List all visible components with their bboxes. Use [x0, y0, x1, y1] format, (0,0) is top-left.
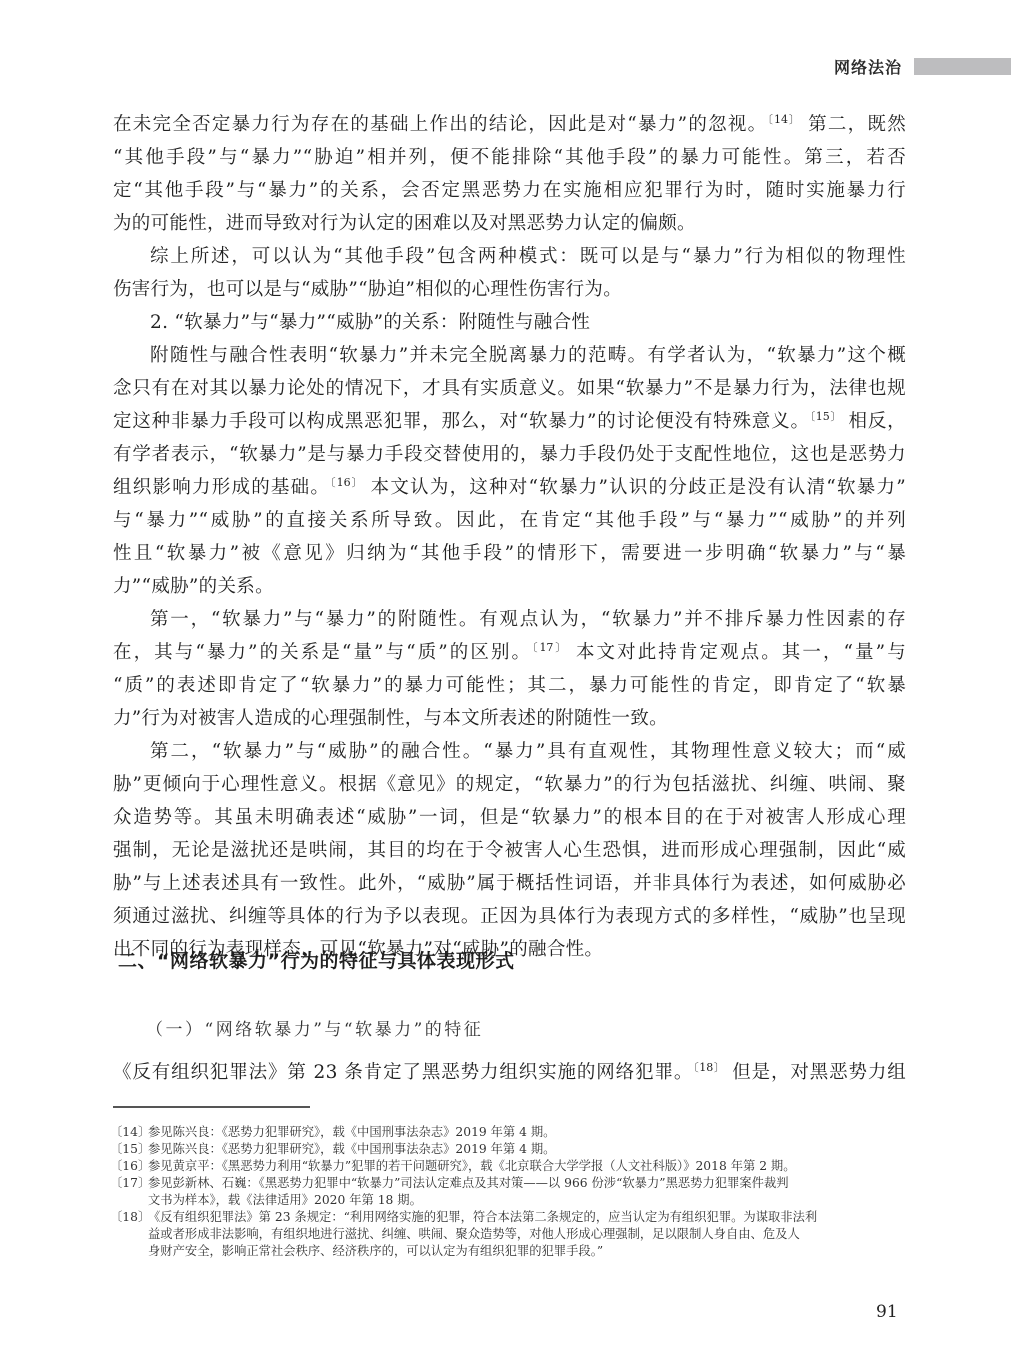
line-text: 在，其与“暴力”的关系是“量”与“质”的区别。 [113, 642, 532, 663]
footnote-ref-14[interactable]: 〔14〕 [767, 113, 800, 126]
footnote-number: 〔15〕 [110, 1141, 148, 1158]
line-text: 在未完全否定暴力行为存在的基础上作出的结论，因此是对“暴力”的忽视。 [113, 114, 767, 135]
line-text: 定这种非暴力手段可以构成黑恶犯罪，那么，对“软暴力”的讨论便没有特殊意义。 [113, 411, 810, 432]
running-header: 网络法治 [0, 54, 1011, 80]
footnote-18: 〔18〕 《反有组织犯罪法》第 23 条规定：“利用网络实施的犯罪，符合本法第二… [110, 1209, 910, 1260]
body-line: 性且“软暴力”被《意见》归纳为“其他手段”的情形下，需要进一步明确“软暴力”与“… [113, 537, 906, 570]
body-line: 在，其与“暴力”的关系是“量”与“质”的区别。〔17〕 本文对此持肯定观点。其一… [113, 636, 906, 669]
footnote-line: 益或者形成非法影响，有组织地进行滋扰、纠缠、哄闹、聚众造势等，对他人形成心理强制… [148, 1226, 910, 1243]
footnote-ref-15[interactable]: 〔15〕 [810, 410, 842, 423]
section-heading: 二、“网络软暴力”行为的特征与具体表现形式 [118, 946, 514, 973]
body-line: 与“暴力”“威胁”的直接关系所导致。因此，在肯定“其他手段”与“暴力”“威胁”的… [113, 504, 906, 537]
footnote-line: 文书为样本》，载《法律适用》2020 年第 18 期。 [148, 1192, 910, 1209]
line-text: 本文认为，这种对“软暴力”认识的分歧正是没有认清“软暴力” [363, 477, 906, 498]
body-line: 伤害行为，也可以是与“威胁”“胁迫”相似的心理性伤害行为。 [113, 273, 906, 306]
footnote-text: 参见陈兴良：《恶势力犯罪研究》，载《中国刑事法杂志》2019 年第 4 期。 [148, 1141, 910, 1158]
body-line: 组织影响力形成的基础。〔16〕 本文认为，这种对“软暴力”认识的分歧正是没有认清… [113, 471, 906, 504]
footnote-ref-16[interactable]: 〔16〕 [330, 476, 363, 489]
footnote-ref-18[interactable]: 〔18〕 [693, 1061, 725, 1074]
footnote-line: 参见彭新林、石巍：《黑恶势力犯罪中“软暴力”司法认定难点及其对策——以 966 … [148, 1175, 910, 1192]
footnote-line: 参见黄京平：《黑恶势力利用“软暴力”犯罪的若干问题研究》，载《北京联合大学学报（… [148, 1158, 910, 1175]
body-line: 定这种非暴力手段可以构成黑恶犯罪，那么，对“软暴力”的讨论便没有特殊意义。〔15… [113, 405, 906, 438]
journal-section-title: 网络法治 [834, 55, 902, 78]
subsection-heading: （一）“网络软暴力”与“软暴力”的特征 [146, 1015, 483, 1040]
footnote-line: 参见陈兴良：《恶势力犯罪研究》，载《中国刑事法杂志》2019 年第 4 期。 [148, 1124, 910, 1141]
body-text: 在未完全否定暴力行为存在的基础上作出的结论，因此是对“暴力”的忽视。〔14〕 第… [113, 108, 906, 966]
body-line: 《反有组织犯罪法》第 23 条肯定了黑恶势力组织实施的网络犯罪。〔18〕 但是，… [113, 1056, 906, 1089]
footnote-line: 《反有组织犯罪法》第 23 条规定：“利用网络实施的犯罪，符合本法第二条规定的，… [148, 1209, 910, 1226]
body-line: 强制，无论是滋扰还是哄闹，其目的均在于令被害人心生恐惧，进而形成心理强制，因此“… [113, 834, 906, 867]
body-line: “质”的表述即肯定了“软暴力”的暴力可能性；其二，暴力可能性的肯定，即肯定了“软… [113, 669, 906, 702]
line-text: 但是，对黑恶势力组 [725, 1062, 906, 1083]
body-line: 定“其他手段”与“暴力”的关系，会否定黑恶势力在实施相应犯罪行为时，随时实施暴力… [113, 174, 906, 207]
body-line: “其他手段”与“暴力”“胁迫”相并列，便不能排除“其他手段”的暴力可能性。第三，… [113, 141, 906, 174]
body-line: 众造势等。其虽未明确表述“威胁”一词，但是“软暴力”的根本目的在于对被害人形成心… [113, 801, 906, 834]
body-line: 第二，“软暴力”与“威胁”的融合性。“暴力”具有直观性，其物理性意义较大；而“威 [113, 735, 906, 768]
body-line: 胁”更倾向于心理性意义。根据《意见》的规定，“软暴力”的行为包括滋扰、纠缠、哄闹… [113, 768, 906, 801]
footnote-16: 〔16〕 参见黄京平：《黑恶势力利用“软暴力”犯罪的若干问题研究》，载《北京联合… [110, 1158, 910, 1175]
footnote-number: 〔17〕 [110, 1175, 148, 1209]
body-line: 附随性与融合性表明“软暴力”并未完全脱离暴力的范畴。有学者认为，“软暴力”这个概 [113, 339, 906, 372]
footnote-number: 〔16〕 [110, 1158, 148, 1175]
body-line: 第一，“软暴力”与“暴力”的附随性。有观点认为，“软暴力”并不排斥暴力性因素的存 [113, 603, 906, 636]
footnote-text: 《反有组织犯罪法》第 23 条规定：“利用网络实施的犯罪，符合本法第二条规定的，… [148, 1209, 910, 1260]
body-line: 力”“威胁”的关系。 [113, 570, 906, 603]
body-line: 胁”与上述表述具有一致性。此外，“威胁”属于概括性词语，并非具体行为表述，如何威… [113, 867, 906, 900]
body-line: 力”行为对被害人造成的心理强制性，与本文所表述的附随性一致。 [113, 702, 906, 735]
body-line: 综上所述，可以认为“其他手段”包含两种模式：既可以是与“暴力”行为相似的物理性 [113, 240, 906, 273]
footnote-line: 参见陈兴良：《恶势力犯罪研究》，载《中国刑事法杂志》2019 年第 4 期。 [148, 1141, 910, 1158]
footnote-number: 〔14〕 [110, 1124, 148, 1141]
body-line: 有学者表示，“软暴力”是与暴力手段交替使用的，暴力手段仍处于支配性地位，这也是恶… [113, 438, 906, 471]
footnote-17: 〔17〕 参见彭新林、石巍：《黑恶势力犯罪中“软暴力”司法认定难点及其对策——以… [110, 1175, 910, 1209]
line-text: 相反， [842, 411, 906, 432]
body-line: 念只有在对其以暴力论处的情况下，才具有实质意义。如果“软暴力”不是暴力行为，法律… [113, 372, 906, 405]
paragraph-after-heading: 《反有组织犯罪法》第 23 条肯定了黑恶势力组织实施的网络犯罪。〔18〕 但是，… [113, 1056, 906, 1089]
page-number: 91 [876, 1302, 898, 1322]
footnote-text: 参见黄京平：《黑恶势力利用“软暴力”犯罪的若干问题研究》，载《北京联合大学学报（… [148, 1158, 910, 1175]
body-line: 须通过滋扰、纠缠等具体的行为予以表现。正因为具体行为表现方式的多样性，“威胁”也… [113, 900, 906, 933]
body-line: 在未完全否定暴力行为存在的基础上作出的结论，因此是对“暴力”的忽视。〔14〕 第… [113, 108, 906, 141]
numbered-subheading: 2. “软暴力”与“暴力”“威胁”的关系：附随性与融合性 [113, 306, 906, 339]
line-text: 组织影响力形成的基础。 [113, 477, 330, 498]
body-line: 为的可能性，进而导致对行为认定的困难以及对黑恶势力认定的偏颇。 [113, 207, 906, 240]
line-text: 第二，既然 [801, 114, 906, 135]
line-text: 本文对此持肯定观点。其一，“量”与 [568, 642, 906, 663]
footnote-text: 参见陈兴良：《恶势力犯罪研究》，载《中国刑事法杂志》2019 年第 4 期。 [148, 1124, 910, 1141]
footnote-line: 身财产安全，影响正常社会秩序、经济秩序的，可以认定为有组织犯罪的犯罪手段。” [148, 1243, 910, 1260]
footnote-14: 〔14〕 参见陈兴良：《恶势力犯罪研究》，载《中国刑事法杂志》2019 年第 4… [110, 1124, 910, 1141]
footnote-separator [113, 1106, 310, 1108]
footnote-text: 参见彭新林、石巍：《黑恶势力犯罪中“软暴力”司法认定难点及其对策——以 966 … [148, 1175, 910, 1209]
footnote-ref-17[interactable]: 〔17〕 [532, 641, 568, 654]
footnote-number: 〔18〕 [110, 1209, 148, 1260]
footnote-15: 〔15〕 参见陈兴良：《恶势力犯罪研究》，载《中国刑事法杂志》2019 年第 4… [110, 1141, 910, 1158]
footnotes: 〔14〕 参见陈兴良：《恶势力犯罪研究》，载《中国刑事法杂志》2019 年第 4… [110, 1124, 910, 1260]
line-text: 《反有组织犯罪法》第 23 条肯定了黑恶势力组织实施的网络犯罪。 [113, 1062, 693, 1083]
header-decorative-bar [914, 58, 1011, 75]
